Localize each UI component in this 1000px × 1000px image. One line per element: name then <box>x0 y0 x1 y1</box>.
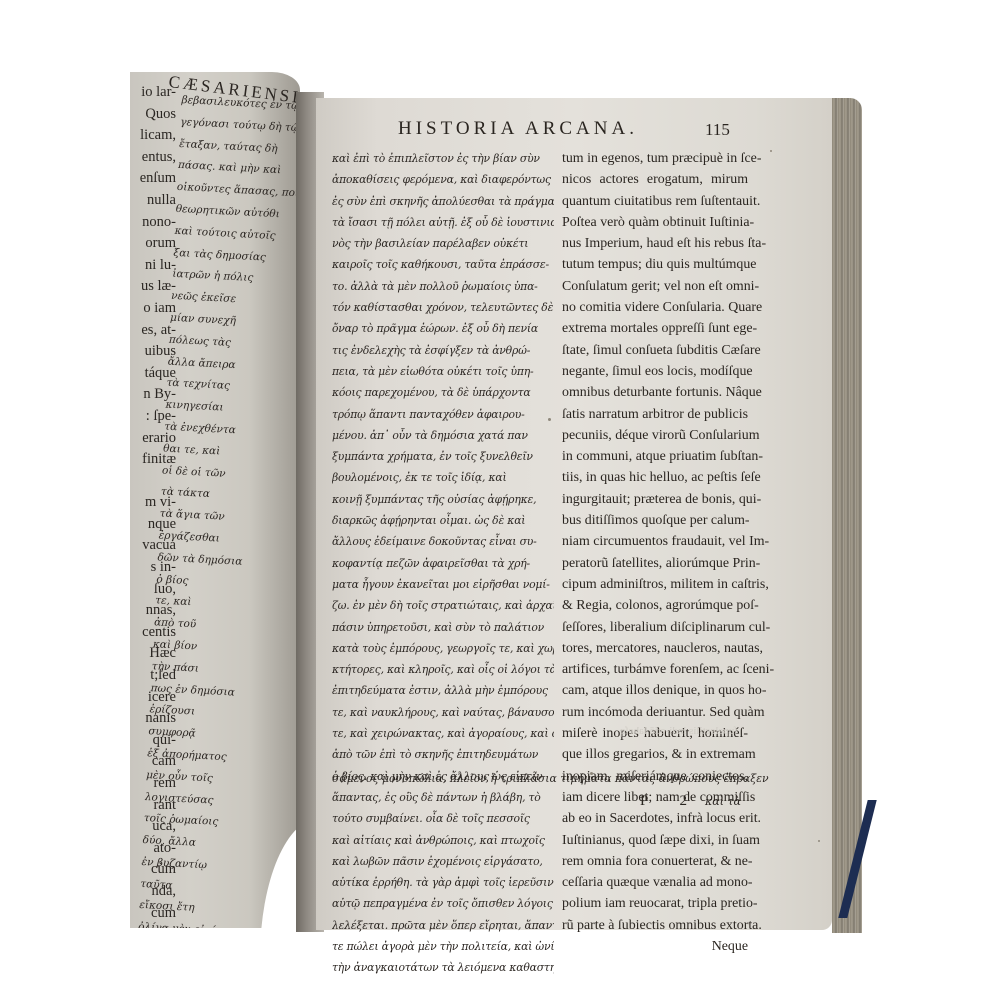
text-line: τὴν ἀναγκαιοτάτων τὰ λειόμενα καθαστη- <box>332 957 554 978</box>
text-line: τρόπῳ ἅπαντι πανταχόθεν ἀφαιρου- <box>332 404 554 425</box>
text-line: Conſulatum gerit; vel non eſt omni- <box>562 276 748 297</box>
text-line: ἅπαντας, ἐς οὓς δὲ πάντων ἡ βλάβη, τὸ <box>332 787 554 808</box>
text-line: nulla <box>130 190 176 212</box>
text-line: πεια, τὰ μὲν εἰωθότα οὐκέτι τοῖς ὑπη- <box>332 361 554 382</box>
greek-catchword: καὶ τὰ <box>705 795 741 808</box>
foxing-spot <box>818 840 820 842</box>
signature-mark: P 2 <box>640 793 701 810</box>
text-line: negante, ſimul eos locis, modíſque <box>562 361 748 382</box>
right-running-head: HISTORIA ARCANA. <box>398 118 638 140</box>
text-line: omnibus deturbante fortunis. Nâque <box>562 382 748 403</box>
text-line: quantum ciuitatibus rem ſuſtentauit. <box>562 191 748 212</box>
text-line: το. ἀλλὰ τὰ μὲν πολλοῦ ῥωμαίοις ὑπα- <box>332 276 554 297</box>
text-line: ſatis narratum arbitror de publicis <box>562 404 748 425</box>
text-line: polium iam reuocarat, tripla pretio- <box>562 893 748 914</box>
text-line: pecuniis, déque virorũ Conſularium <box>562 425 748 446</box>
text-line: διαρκῶς ἀφῄρηνται οἶμαι. ὡς δὲ καὶ <box>332 510 554 531</box>
text-line: us læ- <box>130 276 176 298</box>
text-line: ματα ἦγουν ἐκανεῖται μοι εἰρῆσθαι νομί- <box>332 574 554 595</box>
text-line: rũ parte à ſubiectis omnibus extorta. <box>562 915 748 936</box>
text-line: ni lu- <box>130 255 176 277</box>
text-line: in communi, atque priuatim ſubſtan- <box>562 446 748 467</box>
text-line: ἀποκαθίσεις φερόμενα, καὶ διαφερόντως <box>332 169 554 190</box>
text-line: niam circumuentos fraudauit, vel Im- <box>562 531 748 552</box>
text-line: ἀπὸ τῶν ἐπὶ τὸ σκηνῆς ἐπιτηδευμάτων <box>332 744 554 765</box>
text-line: no comitia videre Conſularia. Quare <box>562 297 748 318</box>
latin-column: tum in egenos, tum præcipuè in ſce-nicos… <box>562 148 748 957</box>
text-line: πάσιν ὑπηρετοῦσι, καὶ σὺν τὸ παλάτιον <box>332 617 554 638</box>
text-line: bus ditiſſimos quoſque per calum- <box>562 510 748 531</box>
text-line: τὰ ἴσασι τῇ πόλει αὐτῇ. ἐξ οὗ δὲ ἰουστιν… <box>332 212 554 233</box>
text-line: tum in egenos, tum præcipuè in ſce- <box>562 148 748 169</box>
page-number: 115 <box>705 120 730 140</box>
text-line: τε, καὶ χειρώνακτας, καὶ ἀγοραίους, καὶ … <box>332 723 554 744</box>
text-line: λελέξεται. πρῶτα μὲν ὅπερ εἴρηται, ἅπαντ… <box>332 915 554 936</box>
greek-column: καὶ ἐπὶ τὸ ἐπιπλεῖστον ἐς τὴν βίαν σὺνἀπ… <box>332 148 554 979</box>
text-line: κατὰ τοὺς ἐμπόρους, γεωργοῖς τε, καὶ χωρ… <box>332 638 554 659</box>
text-line: τις ἐνδελεχὴς τὰ ἐσφίγξεν τὰ ἀνθρώ- <box>332 340 554 361</box>
greek-footer-line: σάμενος μονοπώλια, πλεῖον ἢ τριπλάσια τι… <box>332 772 752 785</box>
text-line: tores, mercatores, naucleros, nautas, <box>562 638 748 659</box>
text-line: μένου. ἀπ᾽ οὖν τὰ δημόσια χατά παν <box>332 425 554 446</box>
text-line: & Regia, colonos, agrorúmque poſ- <box>562 595 748 616</box>
text-line: ἐπιτηδεύματα ἐστιν, ἀλλὰ μὴν ἐμπόρους <box>332 680 554 701</box>
text-line: rem omnia fora conuerterat, & ne- <box>562 851 748 872</box>
text-line: αὐτίκα ἐρρήθη. τὰ γὰρ ἀμφὶ τοῖς ἱερεῦσιν <box>332 872 554 893</box>
text-line: rum incómoda deriuantur. Sed quàm <box>562 702 748 723</box>
text-line: κοφαντίᾳ πεζῶν ἀφαιρεῖσθαι τὰ χρή- <box>332 553 554 574</box>
text-line: nono- <box>130 212 176 234</box>
left-page: CÆSARIENSIS io lar-Quoslicam,entus,enſum… <box>130 72 300 928</box>
text-line: καὶ λωβῶν πᾶσιν ἐχομένοις εἰργάσατο, <box>332 851 554 872</box>
text-line: τε πώλει ἀγορὰ μὲν τὴν πολιτεία, καὶ ὠνί… <box>332 936 554 957</box>
text-line: io lar- <box>130 82 176 104</box>
text-line: licam, <box>130 125 176 147</box>
text-line: ſeſſores, liberalium diſciplinarum cul- <box>562 617 748 638</box>
text-line: κοινῇ ξυμπάντας τῆς οὐσίας ἀφῄρηκε, <box>332 489 554 510</box>
text-line: καιροῖς τοῖς καθήκουσι, ταῦτα ἐπράσσε- <box>332 254 554 275</box>
latin-catchword: Neque <box>562 936 748 957</box>
text-line: orum <box>130 233 176 255</box>
text-line: cam, atque illos denique, in quos ho- <box>562 680 748 701</box>
text-line: ἄλλους ἐδείμαινε δοκοῦντας εἶναι συ- <box>332 531 554 552</box>
text-line: ab eo in Sacerdotes, infrà locus erit. <box>562 808 748 829</box>
text-line: κόοις παρεχομένου, τὰ δὲ ὑπάρχοντα <box>332 382 554 403</box>
text-line: ἐς σὺν ἐπὶ σκηνῆς ἀπολύεσθαι τὰ πράγματα <box>332 191 554 212</box>
text-line: ceſſaria quæque vænalia ad mono- <box>562 872 748 893</box>
text-line: ὄναρ τὸ πρᾶγμα ἑώρων. ἐξ οὗ δὴ πενία <box>332 318 554 339</box>
text-line: artifices, turbámve forenſem, ac ſceni- <box>562 659 748 680</box>
text-line: Quos <box>130 104 176 126</box>
text-line: cipum adminiſtros, militem in caſtris, <box>562 574 748 595</box>
text-line: καὶ ἐπὶ τὸ ἐπιπλεῖστον ἐς τὴν βίαν σὺν <box>332 148 554 169</box>
foxing-spot <box>548 418 551 421</box>
text-line: tutum tempus; diu quis multúmque <box>562 254 748 275</box>
text-line: τόν καθίστασθαι χρόνον, τελευτῶντες δὲ <box>332 297 554 318</box>
text-line: nus Imperium, haud eſt his rebus ſta- <box>562 233 748 254</box>
bleed-through-text: ſupelectilis indi-etiā labeſq <box>620 725 737 737</box>
text-line: tiis, in quas hic helluo, ac peſtis ſeſe <box>562 467 748 488</box>
text-line: Poſtea verò quàm obtinuit Iuſtinia- <box>562 212 748 233</box>
foxing-spot <box>590 772 593 775</box>
page-edges <box>832 98 862 933</box>
text-line: Iuſtinianus, quod ſæpe dixi, in ſuam <box>562 830 748 851</box>
text-line: αὐτῷ πεπραγμένα ἐν τοῖς ὄπισθεν λόγοις <box>332 893 554 914</box>
text-line: extrema mortales oppreſſi ſunt ege- <box>562 318 748 339</box>
text-line: κτήτορες, καὶ κληροῖς, καὶ οἷς οἱ λόγοι … <box>332 659 554 680</box>
text-line: ζω. ἐν μὲν δὴ τοῖς στρατιώταις, καὶ ἀρχα… <box>332 595 554 616</box>
text-line: τούτο συμβαίνει. οἷα δὲ τοῖς πεσσοῖς <box>332 808 554 829</box>
text-line: βουλομένοις, ἐκ τε τοῖς ἰδίᾳ, καὶ <box>332 467 554 488</box>
text-line: ingurgitauit; præterea de bonis, qui- <box>562 489 748 510</box>
text-line: enſum <box>130 168 176 190</box>
text-line: ξυμπάντα χρήματα, ἐν τοῖς ξυνελθεῖν <box>332 446 554 467</box>
text-line: τε, καὶ ναυκλήρους, καὶ ναύτας, βάναυσου… <box>332 702 554 723</box>
text-line: nicos actores erogatum, mirum <box>562 169 748 190</box>
text-line: que illos gregarios, & in extremam <box>562 744 748 765</box>
text-line: entus, <box>130 147 176 169</box>
foxing-spot <box>770 150 772 152</box>
text-line: peratorũ ſatellites, aliorúmque Prin- <box>562 553 748 574</box>
text-line: ſtate, ſimul conſueta ſubditis Cæſare <box>562 340 748 361</box>
text-line: νὸς τὴν βασιλείαν παρέλαβεν οὐκέτι <box>332 233 554 254</box>
text-line: καὶ αἰτίαις καὶ ἀνθρώποις, καὶ πτωχοῖς <box>332 830 554 851</box>
